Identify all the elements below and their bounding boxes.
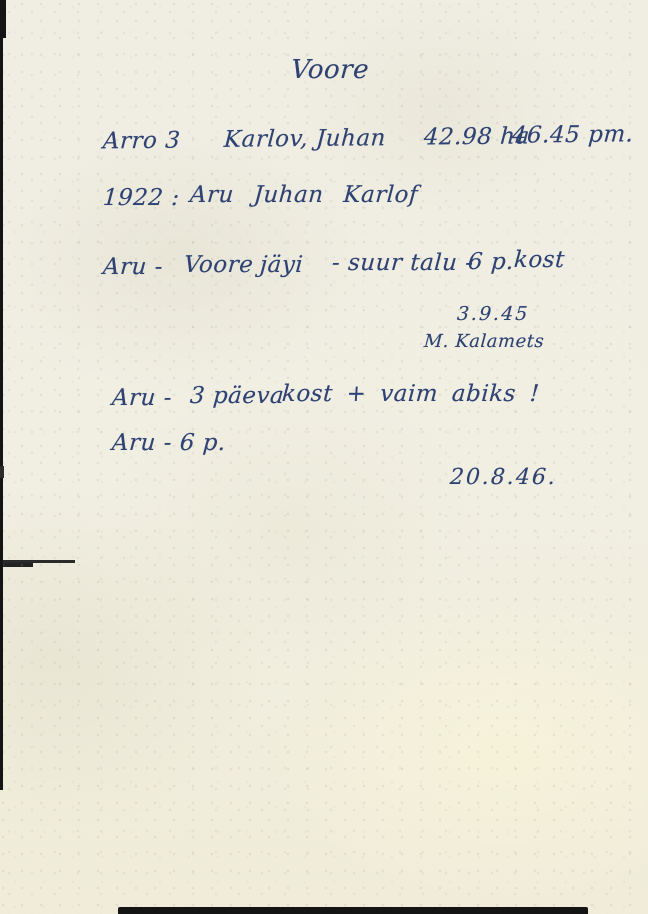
scan-edge-left <box>0 0 3 790</box>
scan-edge-bottom <box>118 907 588 914</box>
annotation1-signature: M. Kalamets <box>423 331 545 352</box>
scan-edge-left-top <box>0 0 6 38</box>
note3-text: Aru - 6 p. <box>111 430 227 456</box>
scan-edge-bottom-right <box>0 563 33 567</box>
owner-name-1922: Aru Juhan Karlof <box>189 182 419 208</box>
note1-word: jäyi <box>259 252 304 278</box>
note2-days: 3 päeva <box>189 383 285 409</box>
note2-prefix: Aru - <box>111 385 173 411</box>
note2-text: kost + vaim abiks ! <box>281 381 540 407</box>
scanned-archive-card: Voore Arro 3 Karlov, Juhan 42.98 ha 46.4… <box>0 0 648 914</box>
annotation1-date: 3.9.45 <box>456 303 530 325</box>
year-label: 1922 : <box>102 185 180 211</box>
note1-suffix: kost <box>513 247 566 273</box>
scan-edge-left-mark <box>0 466 4 478</box>
note1-place: Voore <box>183 252 254 278</box>
area-pm: 46.45 pm. <box>511 121 634 148</box>
note1-prefix: Aru - <box>102 254 164 280</box>
annotation2-date: 20.8.46. <box>449 465 558 490</box>
page-title: Voore <box>290 55 370 85</box>
owner-name: Karlov, Juhan <box>223 125 387 153</box>
farm-number: Arro 3 <box>102 128 181 155</box>
note1-days: 6 p. <box>467 249 515 275</box>
note1-middle: - suur talu - <box>331 250 474 276</box>
